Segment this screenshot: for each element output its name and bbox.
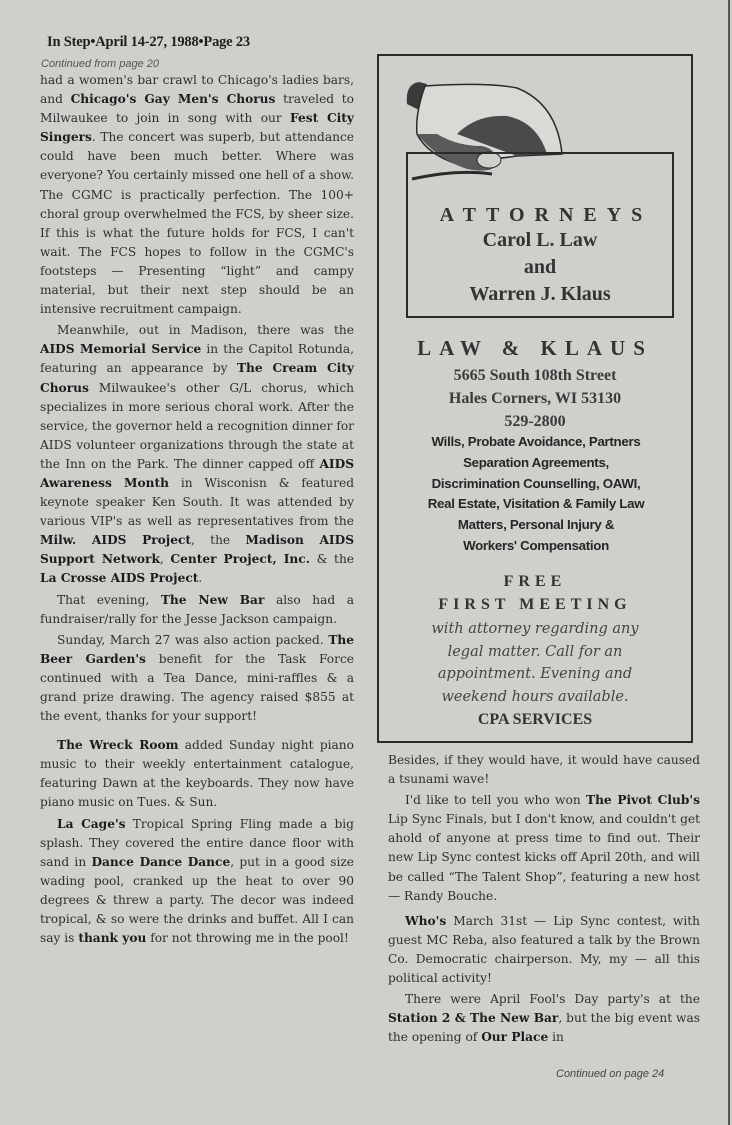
conjunction: and: [408, 254, 672, 281]
article-paragraph: Who's March 31st — Lip Sync contest, wit…: [388, 912, 700, 988]
service-line: Real Estate, Visitation & Family Law: [391, 494, 681, 515]
business-card: ATTORNEYS Carol L. Law and Warren J. Kla…: [406, 152, 674, 318]
newspaper-page: In Step•April 14-27, 1988•Page 23 Contin…: [0, 0, 730, 1125]
right-column-article: Besides, if they would have, it would ha…: [388, 751, 700, 1047]
article-paragraph: La Cage's Tropical Spring Fling made a b…: [40, 815, 354, 949]
text-run: . The concert was superb, but attendance…: [40, 130, 354, 316]
service-line: Workers' Compensation: [391, 536, 681, 557]
article-paragraph: had a women's bar crawl to Chicago's lad…: [40, 71, 354, 319]
bold-name: AIDS Memorial Service: [40, 342, 201, 356]
free-meeting-heading: FREE FIRST MEETING: [379, 570, 691, 616]
running-head: In Step•April 14-27, 1988•Page 23: [47, 34, 250, 51]
bold-name: The Pivot Club's: [586, 793, 700, 807]
card-heading: ATTORNEYS: [408, 204, 672, 227]
article-paragraph: The Wreck Room added Sunday night piano …: [40, 736, 354, 812]
article-paragraph: There were April Fool's Day party's at t…: [388, 990, 700, 1047]
text-run: Meanwhile, out in Madison, there was the: [57, 323, 354, 337]
text-run: I'd like to tell you who won: [405, 793, 586, 807]
article-paragraph: Besides, if they would have, it would ha…: [388, 751, 700, 789]
attorney-advertisement: ATTORNEYS Carol L. Law and Warren J. Kla…: [377, 54, 693, 743]
text-run: There were April Fool's Day party's at t…: [405, 992, 700, 1006]
text-run: & the: [310, 552, 354, 566]
address-line-1: 5665 South 108th Street: [379, 364, 691, 387]
offer-text: with attorney regarding any legal matter…: [379, 618, 691, 708]
cpa-services: CPA SERVICES: [379, 711, 691, 729]
bold-name: Our Place: [481, 1030, 548, 1044]
offer-line: appointment. Evening and: [379, 663, 691, 686]
bold-name: thank you: [78, 931, 146, 945]
article-paragraph: Sunday, March 27 was also action packed.…: [40, 631, 354, 726]
bold-name: La Cage's: [57, 817, 126, 831]
offer-line: legal matter. Call for an: [379, 641, 691, 664]
text-run: in: [548, 1030, 564, 1044]
attorney-name-1: Carol L. Law: [408, 227, 672, 254]
firm-address: 5665 South 108th Street Hales Corners, W…: [379, 364, 691, 433]
article-paragraph: That evening, The New Bar also had a fun…: [40, 591, 354, 629]
article-paragraph: Meanwhile, out in Madison, there was the…: [40, 321, 354, 588]
bold-name: The New Bar: [161, 593, 265, 607]
first-meeting-label: FIRST MEETING: [379, 593, 691, 616]
service-line: Separation Agreements,: [391, 453, 681, 474]
service-line: Matters, Personal Injury &: [391, 515, 681, 536]
phone-number: 529-2800: [379, 410, 691, 433]
bold-name: Dance Dance Dance: [91, 855, 230, 869]
text-run: Sunday, March 27 was also action packed.: [57, 633, 328, 647]
attorney-name-2: Warren J. Klaus: [408, 281, 672, 308]
bold-name: Station 2 & The New Bar: [388, 1011, 558, 1025]
free-label: FREE: [379, 570, 691, 593]
offer-line: weekend hours available.: [379, 686, 691, 709]
services-list: Wills, Probate Avoidance, Partners Separ…: [391, 432, 681, 557]
text-run: , the: [191, 533, 245, 547]
text-run: .: [198, 571, 202, 585]
text-run: ,: [160, 552, 171, 566]
bold-name: Chicago's Gay Men's Chorus: [71, 92, 276, 106]
text-run: Besides, if they would have, it would ha…: [388, 753, 700, 786]
bold-name: Milw. AIDS Project: [40, 533, 191, 547]
continued-from-note: Continued from page 20: [41, 58, 159, 70]
service-line: Wills, Probate Avoidance, Partners: [391, 432, 681, 453]
firm-name: LAW & KLAUS: [379, 336, 691, 361]
text-run: for not throwing me in the pool!: [146, 931, 349, 945]
offer-line: with attorney regarding any: [379, 618, 691, 641]
bold-name: Who's: [405, 914, 446, 928]
continued-on-note: Continued on page 24: [556, 1068, 664, 1080]
bold-name: La Crosse AIDS Project: [40, 571, 198, 585]
service-line: Discrimination Counselling, OAWI,: [391, 474, 681, 495]
left-column-article: had a women's bar crawl to Chicago's lad…: [40, 71, 354, 948]
text-run: Lip Sync Finals, but I don't know, and c…: [388, 812, 700, 902]
bold-name: Center Project, Inc.: [170, 552, 310, 566]
text-run: That evening,: [57, 593, 161, 607]
bold-name: The Wreck Room: [57, 738, 178, 752]
address-line-2: Hales Corners, WI 53130: [379, 387, 691, 410]
article-paragraph: I'd like to tell you who won The Pivot C…: [388, 791, 700, 906]
